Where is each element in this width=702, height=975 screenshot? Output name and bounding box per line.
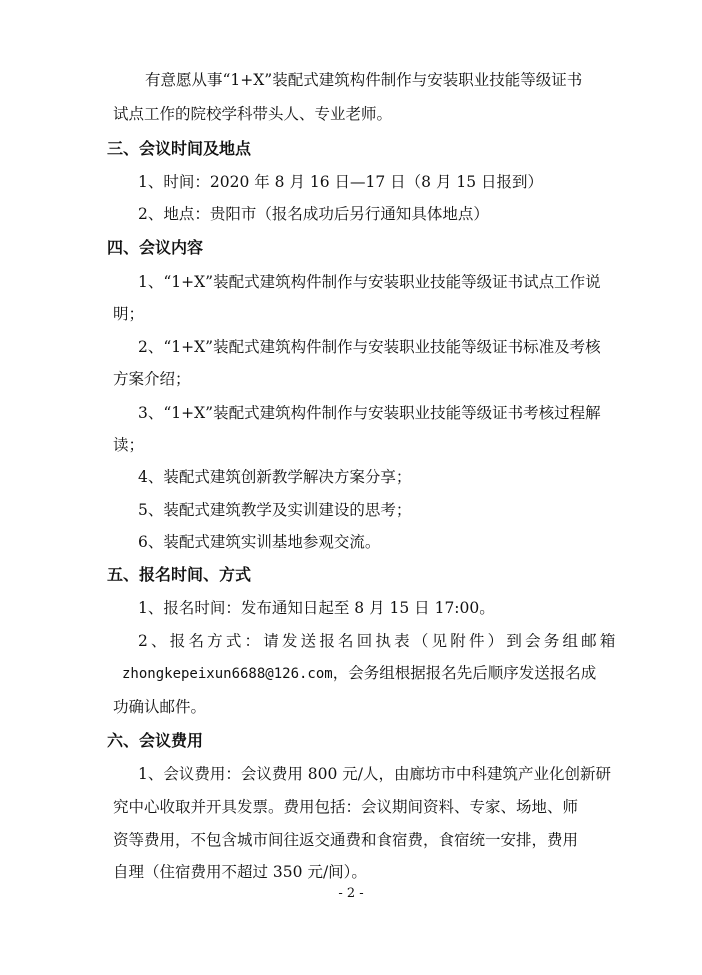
section6-item-1-line-4: 自理（住宿费用不超过 350 元/间）。 bbox=[113, 862, 367, 882]
section5-item-2-line-3: 功确认邮件。 bbox=[113, 697, 206, 717]
section3-item-1: 1、时间：2020 年 8 月 16 日—17 日（8 月 15 日报到） bbox=[138, 172, 543, 192]
page-number: - 2 - bbox=[0, 886, 702, 901]
section4-item-2-line-2: 方案介绍； bbox=[113, 369, 191, 389]
section3-item-2: 2、地点：贵阳市（报名成功后另行通知具体地点） bbox=[138, 204, 489, 224]
section5-item-2-line-1: 2、报名方式：请发送报名回执表（见附件）到会务组邮箱 bbox=[138, 631, 619, 651]
registration-email: zhongkepeixun6688@126.com bbox=[122, 666, 333, 682]
section-heading-4: 四、会议内容 bbox=[107, 238, 203, 258]
section4-item-4: 4、装配式建筑创新教学解决方案分享； bbox=[138, 467, 411, 487]
section4-item-6: 6、装配式建筑实训基地参观交流。 bbox=[138, 532, 380, 552]
section5-item-1: 1、报名时间：发布通知日起至 8 月 15 日 17:00。 bbox=[138, 598, 495, 618]
section4-item-3-line-2: 读； bbox=[113, 435, 144, 455]
section5-item-2-line-2: zhongkepeixun6688@126.com，会务组根据报名先后顺序发送报… bbox=[122, 663, 596, 684]
section4-item-1-line-2: 明； bbox=[113, 304, 144, 324]
section6-item-1-line-3: 资等费用，不包含城市间往返交通费和食宿费，食宿统一安排，费用 bbox=[113, 830, 578, 850]
section4-item-2-line-1: 2、“1+X”装配式建筑构件制作与安装职业技能等级证书标准及考核 bbox=[138, 337, 601, 357]
section-heading-3: 三、会议时间及地点 bbox=[107, 139, 251, 159]
document-page: 有意愿从事“1+X”装配式建筑构件制作与安装职业技能等级证书 试点工作的院校学科… bbox=[0, 0, 702, 975]
section6-item-1-line-2: 究中心收取并开具发票。费用包括：会议期间资料、专家、场地、师 bbox=[113, 797, 578, 817]
intro-line-1: 有意愿从事“1+X”装配式建筑构件制作与安装职业技能等级证书 bbox=[145, 70, 582, 90]
section-heading-6: 六、会议费用 bbox=[107, 731, 203, 751]
intro-line-2: 试点工作的院校学科带头人、专业老师。 bbox=[113, 104, 392, 124]
section-heading-5: 五、报名时间、方式 bbox=[107, 565, 251, 585]
section6-item-1-line-1: 1、会议费用：会议费用 800 元/人，由廊坊市中科建筑产业化创新研 bbox=[138, 764, 611, 784]
section4-item-3-line-1: 3、“1+X”装配式建筑构件制作与安装职业技能等级证书考核过程解 bbox=[138, 403, 601, 423]
section4-item-1-line-1: 1、“1+X”装配式建筑构件制作与安装职业技能等级证书试点工作说 bbox=[138, 272, 601, 292]
section4-item-5: 5、装配式建筑教学及实训建设的思考； bbox=[138, 500, 411, 520]
section5-item-2-line-2-rest: ，会务组根据报名先后顺序发送报名成 bbox=[333, 664, 597, 682]
